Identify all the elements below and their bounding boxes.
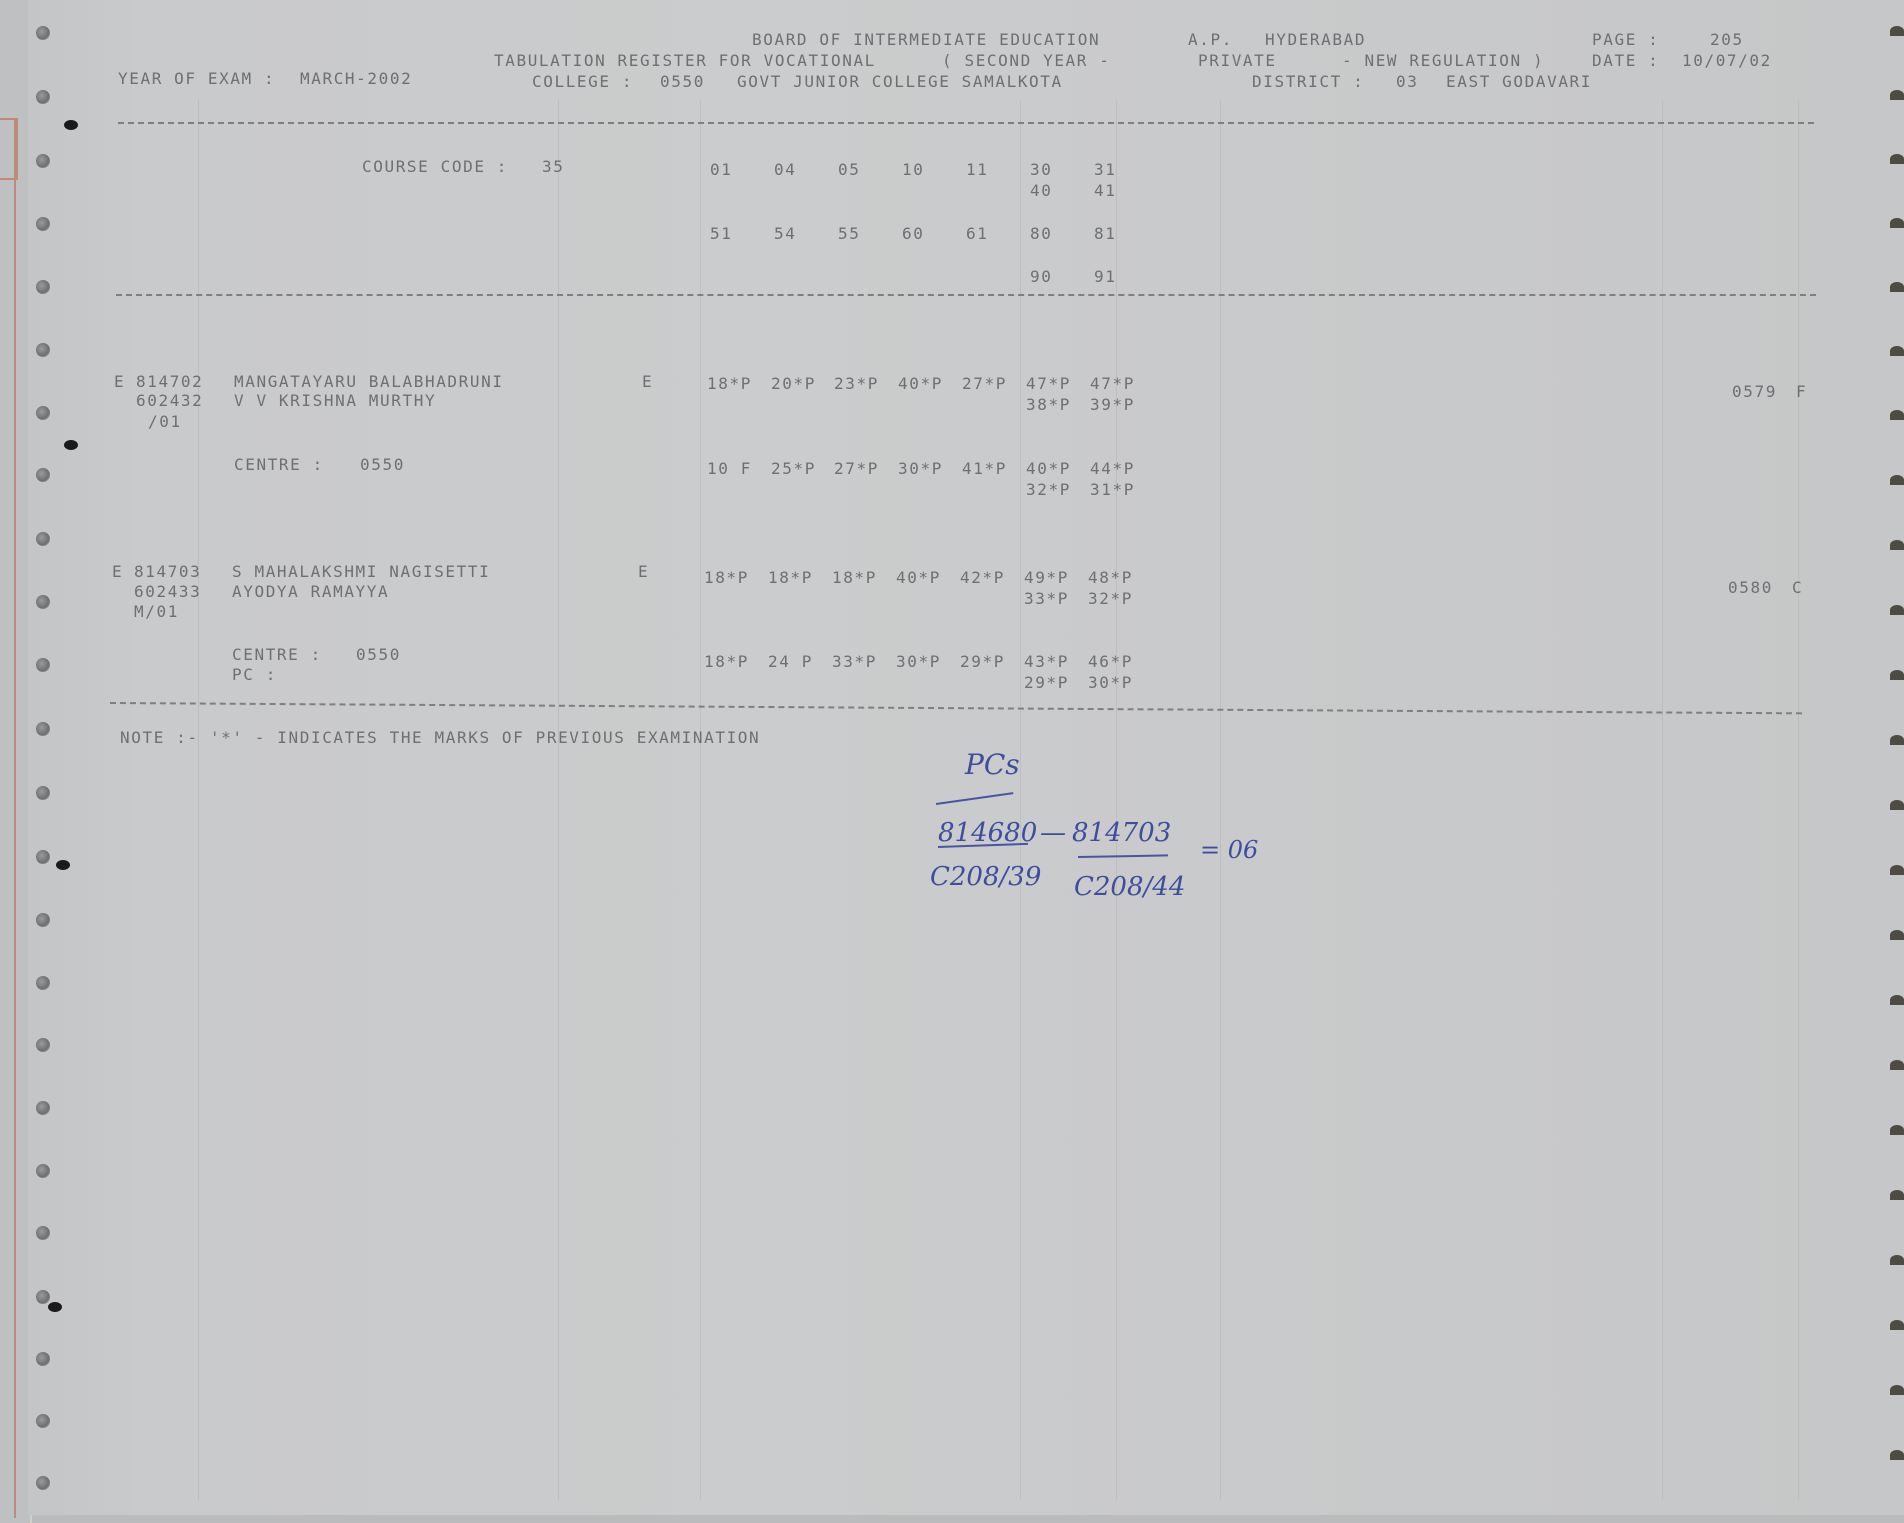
subject-mark: 30*P — [1088, 673, 1133, 692]
subject-code: 60 — [902, 224, 924, 243]
subject-mark: 46*P — [1088, 652, 1133, 671]
subject-mark: 40*P — [896, 568, 941, 587]
page-number: 205 — [1710, 30, 1744, 49]
column-rule — [198, 100, 199, 1500]
column-rule — [1662, 100, 1663, 1500]
subject-code: 55 — [838, 224, 860, 243]
board-name: BOARD OF INTERMEDIATE EDUCATION — [752, 30, 1100, 49]
subject-mark: 18*P — [768, 568, 813, 587]
subject-code: 41 — [1094, 181, 1116, 200]
subject-mark: 47*P — [1090, 374, 1135, 393]
divider — [116, 294, 1816, 296]
handwritten-ref-left: C208/39 — [930, 862, 1041, 892]
subject-code: 90 — [1030, 267, 1052, 286]
father-name: V V KRISHNA MURTHY — [234, 391, 436, 410]
category: PRIVATE — [1198, 51, 1277, 70]
subject-mark: 41*P — [962, 459, 1007, 478]
hall-ticket-number: 814703 — [134, 562, 201, 581]
subject-code: 04 — [774, 160, 796, 179]
divider — [118, 122, 1814, 124]
subject-mark: 25*P — [771, 459, 816, 478]
subject-mark: 33*P — [832, 652, 877, 671]
record-suffix: /01 — [148, 412, 182, 431]
column-rule — [558, 100, 559, 1500]
subject-code: 10 — [902, 160, 924, 179]
district-name: EAST GODAVARI — [1446, 72, 1592, 91]
subject-code: 80 — [1030, 224, 1052, 243]
subject-mark: 49*P — [1024, 568, 1069, 587]
student-name: MANGATAYARU BALABHADRUNI — [234, 372, 504, 391]
registration-number: 602433 — [134, 582, 201, 601]
column-rule — [1020, 100, 1021, 1500]
subject-mark: 47*P — [1026, 374, 1071, 393]
college-label: COLLEGE : — [532, 72, 633, 91]
date-label: DATE : — [1592, 51, 1659, 70]
register-title: TABULATION REGISTER FOR VOCATIONAL — [494, 51, 876, 70]
subject-mark: 18*P — [707, 374, 752, 393]
print-date: 10/07/02 — [1682, 51, 1772, 70]
column-rule — [1220, 100, 1221, 1500]
red-margin-stamp — [0, 118, 18, 180]
subject-mark: 44*P — [1090, 459, 1135, 478]
ink-spot — [56, 860, 70, 870]
year-qualifier: ( SECOND YEAR - — [942, 51, 1111, 70]
handwritten-ref-right: C208/44 — [1074, 872, 1185, 902]
subject-mark: 27*P — [962, 374, 1007, 393]
year-of-exam: MARCH-2002 — [300, 69, 412, 88]
centre-code: 0550 — [360, 455, 405, 474]
exam-type: E — [114, 372, 125, 391]
course-code: 35 — [542, 157, 564, 176]
district-label: DISTRICT : — [1252, 72, 1364, 91]
handwritten-range-separator: — — [1040, 818, 1066, 848]
subject-mark: 38*P — [1026, 395, 1071, 414]
medium: E — [638, 562, 649, 581]
subject-code: 81 — [1094, 224, 1116, 243]
subject-code: 40 — [1030, 181, 1052, 200]
subject-code: 05 — [838, 160, 860, 179]
subject-code: 91 — [1094, 267, 1116, 286]
college-name: GOVT JUNIOR COLLEGE SAMALKOTA — [737, 72, 1063, 91]
subject-mark: 32*P — [1026, 480, 1071, 499]
serial-number: 0580 — [1728, 578, 1773, 597]
subject-mark: 40*P — [898, 374, 943, 393]
centre-code: 0550 — [356, 645, 401, 664]
serial-number: 0579 — [1732, 382, 1777, 401]
footnote: NOTE :- '*' - INDICATES THE MARKS OF PRE… — [120, 728, 760, 747]
state: A.P. — [1188, 30, 1233, 49]
handwritten-range-end: 814703 — [1072, 818, 1171, 848]
column-rule — [1798, 100, 1799, 1500]
student-name: S MAHALAKSHMI NAGISETTI — [232, 562, 490, 581]
subject-mark: 20*P — [771, 374, 816, 393]
course-code-label: COURSE CODE : — [362, 157, 508, 176]
column-rule — [700, 100, 701, 1500]
father-name: AYODYA RAMAYYA — [232, 582, 389, 601]
subject-mark: 27*P — [834, 459, 879, 478]
subject-code: 51 — [710, 224, 732, 243]
registration-number: 602432 — [136, 391, 203, 410]
subject-code: 54 — [774, 224, 796, 243]
subject-code: 30 — [1030, 160, 1052, 179]
result-code: F — [1796, 382, 1807, 401]
column-rule — [1116, 100, 1117, 1500]
subject-mark: 24 P — [768, 652, 813, 671]
exam-type: E — [112, 562, 123, 581]
ink-spot — [64, 440, 78, 450]
subject-mark: 30*P — [896, 652, 941, 671]
subject-mark: 10 F — [707, 459, 752, 478]
ink-spot — [64, 120, 78, 130]
record-suffix: M/01 — [134, 602, 179, 621]
year-of-exam-label: YEAR OF EXAM : — [118, 69, 275, 88]
subject-mark: 40*P — [1026, 459, 1071, 478]
subject-mark: 31*P — [1090, 480, 1135, 499]
hall-ticket-number: 814702 — [136, 372, 203, 391]
subject-mark: 42*P — [960, 568, 1005, 587]
subject-mark: 18*P — [832, 568, 877, 587]
city: HYDERABAD — [1265, 30, 1366, 49]
subject-mark: 32*P — [1088, 589, 1133, 608]
subject-mark: 30*P — [898, 459, 943, 478]
red-margin-frame — [0, 118, 16, 1518]
subject-mark: 43*P — [1024, 652, 1069, 671]
subject-mark: 18*P — [704, 568, 749, 587]
subject-code: 01 — [710, 160, 732, 179]
page-label: PAGE : — [1592, 30, 1659, 49]
subject-mark: 39*P — [1090, 395, 1135, 414]
centre-label: CENTRE : — [232, 645, 322, 664]
subject-mark: 48*P — [1088, 568, 1133, 587]
subject-mark: 23*P — [834, 374, 879, 393]
subject-code: 11 — [966, 160, 988, 179]
college-code: 0550 — [660, 72, 705, 91]
subject-mark: 33*P — [1024, 589, 1069, 608]
handwritten-count: = 06 — [1200, 836, 1258, 864]
regulation: - NEW REGULATION ) — [1342, 51, 1544, 70]
result-code: C — [1792, 578, 1803, 597]
centre-label: CENTRE : — [234, 455, 324, 474]
pc-label: PC : — [232, 665, 277, 684]
handwritten-pcs: PCs — [965, 748, 1020, 781]
district-code: 03 — [1396, 72, 1418, 91]
subject-mark: 29*P — [960, 652, 1005, 671]
subject-mark: 18*P — [704, 652, 749, 671]
subject-mark: 29*P — [1024, 673, 1069, 692]
ink-spot — [48, 1302, 62, 1312]
subject-code: 61 — [966, 224, 988, 243]
subject-code: 31 — [1094, 160, 1116, 179]
medium: E — [642, 372, 653, 391]
